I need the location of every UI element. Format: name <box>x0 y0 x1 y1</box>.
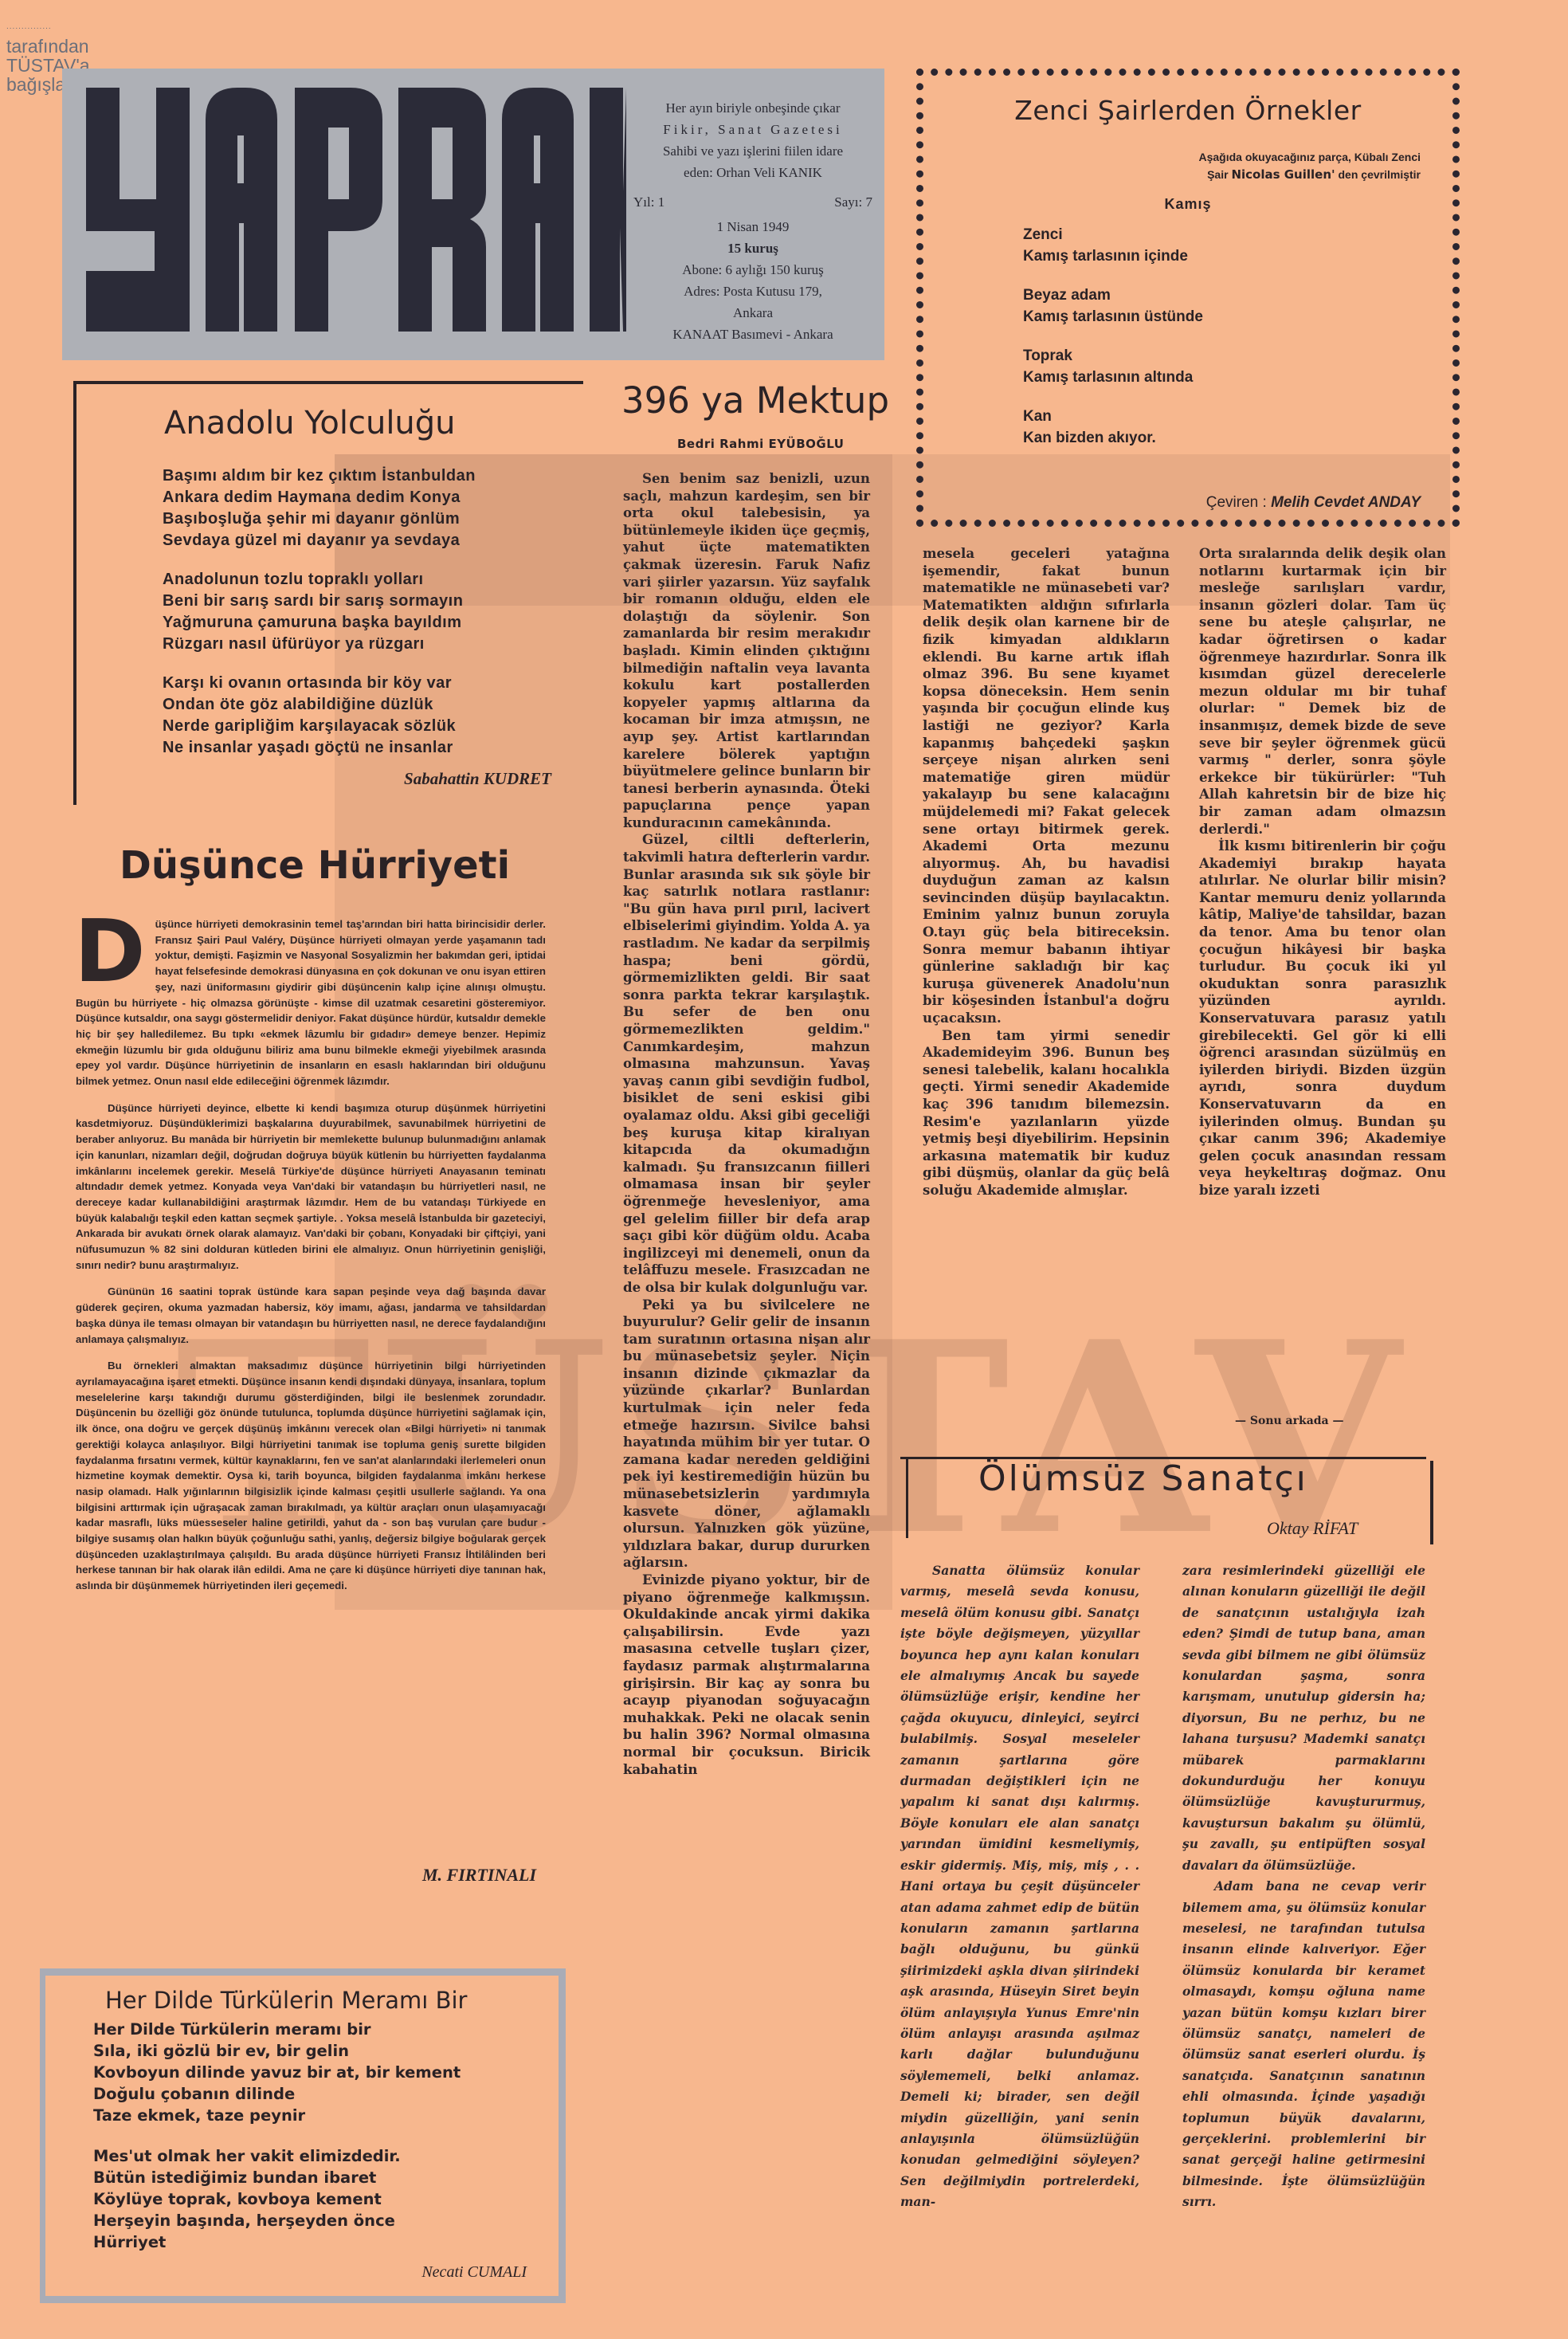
owner-line: Sahibi ve yazı işlerini fiilen idare <box>633 140 872 162</box>
verse-line: Başıboşluğa şehir mi dayanır gönlüm <box>163 510 460 528</box>
divider <box>1430 1461 1433 1544</box>
drop-cap: D <box>74 918 146 987</box>
masthead-info: Her ayın biriyle onbeşinde çıkar Fikir, … <box>633 97 872 345</box>
subscription: Abone: 6 aylığı 150 kuruş <box>633 259 872 281</box>
anadolu-poem-box: Anadolu Yolculuğu Başımı aldım bir kez ç… <box>73 381 583 805</box>
verse-line: Mes'ut olmak her vakit elimizdedir. <box>93 2147 401 2165</box>
verse-line: Herşeyin başında, herşeyden önce <box>93 2211 395 2230</box>
verse-line: Sevdaya güzel mi dayanır ya sevdaya <box>163 532 460 549</box>
article-column: zara resimlerindeki güzelliği ele alınan… <box>1182 1560 1425 2213</box>
verse-line: Kan bizden akıyor. <box>1023 430 1156 446</box>
article-title: 396 ya Mektup <box>621 379 889 422</box>
translator-credit: Çeviren : Melih Cevdet ANDAY <box>1206 494 1421 512</box>
verse-line: Doğulu çobanın dilinde <box>93 2085 295 2103</box>
verse-line: Kamış tarlasının altında <box>1023 369 1193 386</box>
stamp-dots: ............... <box>6 18 121 37</box>
author-signature: M. FIRTINALI <box>422 1865 536 1886</box>
year-label: Yıl: 1 <box>633 191 664 213</box>
verse-line: Rüzgarı nasıl üfürüyor ya rüzgarı <box>163 635 425 653</box>
article-body: Düşünce hürriyeti demokrasinin temel taş… <box>76 916 546 1605</box>
verse-line: Ne insanlar yaşadı göçtü ne insanlar <box>163 739 453 756</box>
author-byline: Oktay RİFAT <box>1267 1518 1358 1539</box>
paragraph: Orta sıralarında delik deşik olan notlar… <box>1199 545 1446 838</box>
verse-line: Köylüye toprak, kovboya kement <box>93 2190 382 2208</box>
article-column: Orta sıralarında delik deşik olan notlar… <box>1199 545 1446 1199</box>
verse-line: Karşı ki ovanın ortasında bir köy var <box>163 674 452 692</box>
verse-line: Zenci <box>1023 226 1063 243</box>
paragraph: mesela geceleri yatağına işemendir, faka… <box>923 545 1170 1027</box>
verse-line: Kovboyun dilinde yavuz bir at, bir kemen… <box>93 2063 461 2082</box>
tagline: Her ayın biriyle onbeşinde çıkar <box>633 97 872 119</box>
paragraph: Güzel, ciltli defterlerin, takvimli hatı… <box>623 831 870 1296</box>
verse-line: Hürriyet <box>93 2233 166 2251</box>
verse-line: Ankara dedim Haymana dedim Konya <box>163 489 461 506</box>
intro-text: den çevrilmiştir <box>1335 168 1421 181</box>
turku-poem-box: Her Dilde Türkülerin Meramı Bir Her Dild… <box>40 1968 566 2303</box>
paragraph: üşünce hürriyeti demokrasinin temel taş'… <box>76 918 546 1087</box>
issue-label: Sayı: 7 <box>834 191 872 213</box>
paragraph: Gününün 16 saatini toprak üstünde kara s… <box>76 1284 546 1347</box>
verse-line: Taze ekmek, taze peynir <box>93 2106 305 2125</box>
article-title: Zenci Şairlerden Örnekler <box>923 95 1452 126</box>
verse-line: Toprak <box>1023 347 1072 364</box>
paragraph: Sanatta ölümsüz konular varmış, meselâ s… <box>900 1560 1139 2213</box>
article-title: Ölümsüz Sanatçı <box>978 1458 1308 1499</box>
intro-note: Aşağıda okuyacağınız parça, Kübalı Zenci… <box>923 148 1421 183</box>
subtitle: Fikir, Sanat Gazetesi <box>633 119 872 140</box>
verse-line: Anadolunun tozlu topraklı yolları <box>163 571 424 588</box>
masthead: Her ayın biriyle onbeşinde çıkar Fikir, … <box>62 69 884 360</box>
poem-verse: ZenciKamış tarlasının içinde Beyaz adamK… <box>1023 224 1452 449</box>
continued-note: — Sonu arkada — <box>1235 1415 1344 1427</box>
yaprak-logo-icon <box>86 88 628 332</box>
owner-line: eden: Orhan Veli KANIK <box>633 162 872 183</box>
paragraph: Sen benim saz benizli, uzun saçlı, mahzu… <box>623 470 870 831</box>
article-title: Her Dilde Türkülerin Meramı Bir <box>105 1987 559 2014</box>
zenci-poem-box: Zenci Şairlerden Örnekler Aşağıda okuyac… <box>916 69 1460 527</box>
poet-name: Nicolas Guillen' <box>1231 167 1335 182</box>
address: Ankara <box>633 302 872 324</box>
verse-line: Kan <box>1023 408 1052 425</box>
price: 15 kuruş <box>727 241 778 256</box>
paragraph: Düşünce hürriyeti deyince, elbette ki ke… <box>76 1101 546 1273</box>
paragraph: Adam bana ne cevap verir bilemem ama, şu… <box>1182 1876 1425 2213</box>
verse-line: Sıla, iki gözlü bir ev, bir gelin <box>93 2042 349 2060</box>
article-column: Sanatta ölümsüz konular varmış, meselâ s… <box>900 1560 1139 2213</box>
stamp-line: tarafından <box>6 37 121 56</box>
poem-verse: Başımı aldım bir kez çıktım İstanbuldanA… <box>163 465 583 759</box>
paragraph: Peki ya bu sivilcelere ne buyurulur? Gel… <box>623 1297 870 1572</box>
verse-line: Yağmuruna çamuruna başka bayıldım <box>163 614 462 631</box>
author-byline: Bedri Rahmi EYÜBOĞLU <box>677 437 844 451</box>
verse-line: Başımı aldım bir kez çıktım İstanbuldan <box>163 467 476 485</box>
translator-name: Melih Cevdet ANDAY <box>1271 494 1421 511</box>
paragraph: zara resimlerindeki güzelliği ele alınan… <box>1182 1560 1425 1876</box>
verse-line: Kamış tarlasının üstünde <box>1023 308 1203 325</box>
article-column: Sen benim saz benizli, uzun saçlı, mahzu… <box>623 470 870 1778</box>
article-column: mesela geceleri yatağına işemendir, faka… <box>923 545 1170 1199</box>
verse-line: Nerde garipliğim karşılayacak sözlük <box>163 717 456 735</box>
verse-line: Ondan öte göz alabildiğine düzlük <box>163 696 433 713</box>
divider <box>906 1458 908 1538</box>
poem-verse: Her Dilde Türkülerin meramı birSıla, iki… <box>93 2019 559 2253</box>
verse-line: Bütün istediğimiz bundan ibaret <box>93 2168 376 2187</box>
paragraph: İlk kısmı bitirenlerin bir çoğu Akademiy… <box>1199 838 1446 1199</box>
article-title: Düşünce Hürriyeti <box>120 843 510 888</box>
address: Adres: Posta Kutusu 179, <box>633 281 872 302</box>
verse-line: Her Dilde Türkülerin meramı bir <box>93 2020 371 2039</box>
author-signature: Necati CUMALI <box>421 2263 527 2282</box>
poem-title: Kamış <box>923 196 1452 213</box>
intro-line: Aşağıda okuyacağınız parça, Kübalı Zenci <box>923 148 1421 166</box>
printer: KANAAT Basımevi - Ankara <box>633 324 872 345</box>
paragraph: Ben tam yirmi senedir Akademideyim 396. … <box>923 1027 1170 1199</box>
paragraph: Evinizde piyano yoktur, bir de piyano öğ… <box>623 1572 870 1778</box>
intro-text: Şair <box>1207 168 1231 181</box>
paragraph: Bu örnekleri almaktan maksadımız düşünce… <box>76 1358 546 1594</box>
issue-date: 1 Nisan 1949 <box>633 216 872 237</box>
newspaper-logo <box>86 88 628 332</box>
article-title: Anadolu Yolculuğu <box>164 405 583 442</box>
verse-line: Kamış tarlasının içinde <box>1023 248 1188 265</box>
verse-line: Beni bir sarış sardı bir sarış sormayın <box>163 592 463 610</box>
translator-label: Çeviren : <box>1206 494 1271 511</box>
verse-line: Beyaz adam <box>1023 287 1111 304</box>
author-signature: Sabahattin KUDRET <box>404 769 551 789</box>
